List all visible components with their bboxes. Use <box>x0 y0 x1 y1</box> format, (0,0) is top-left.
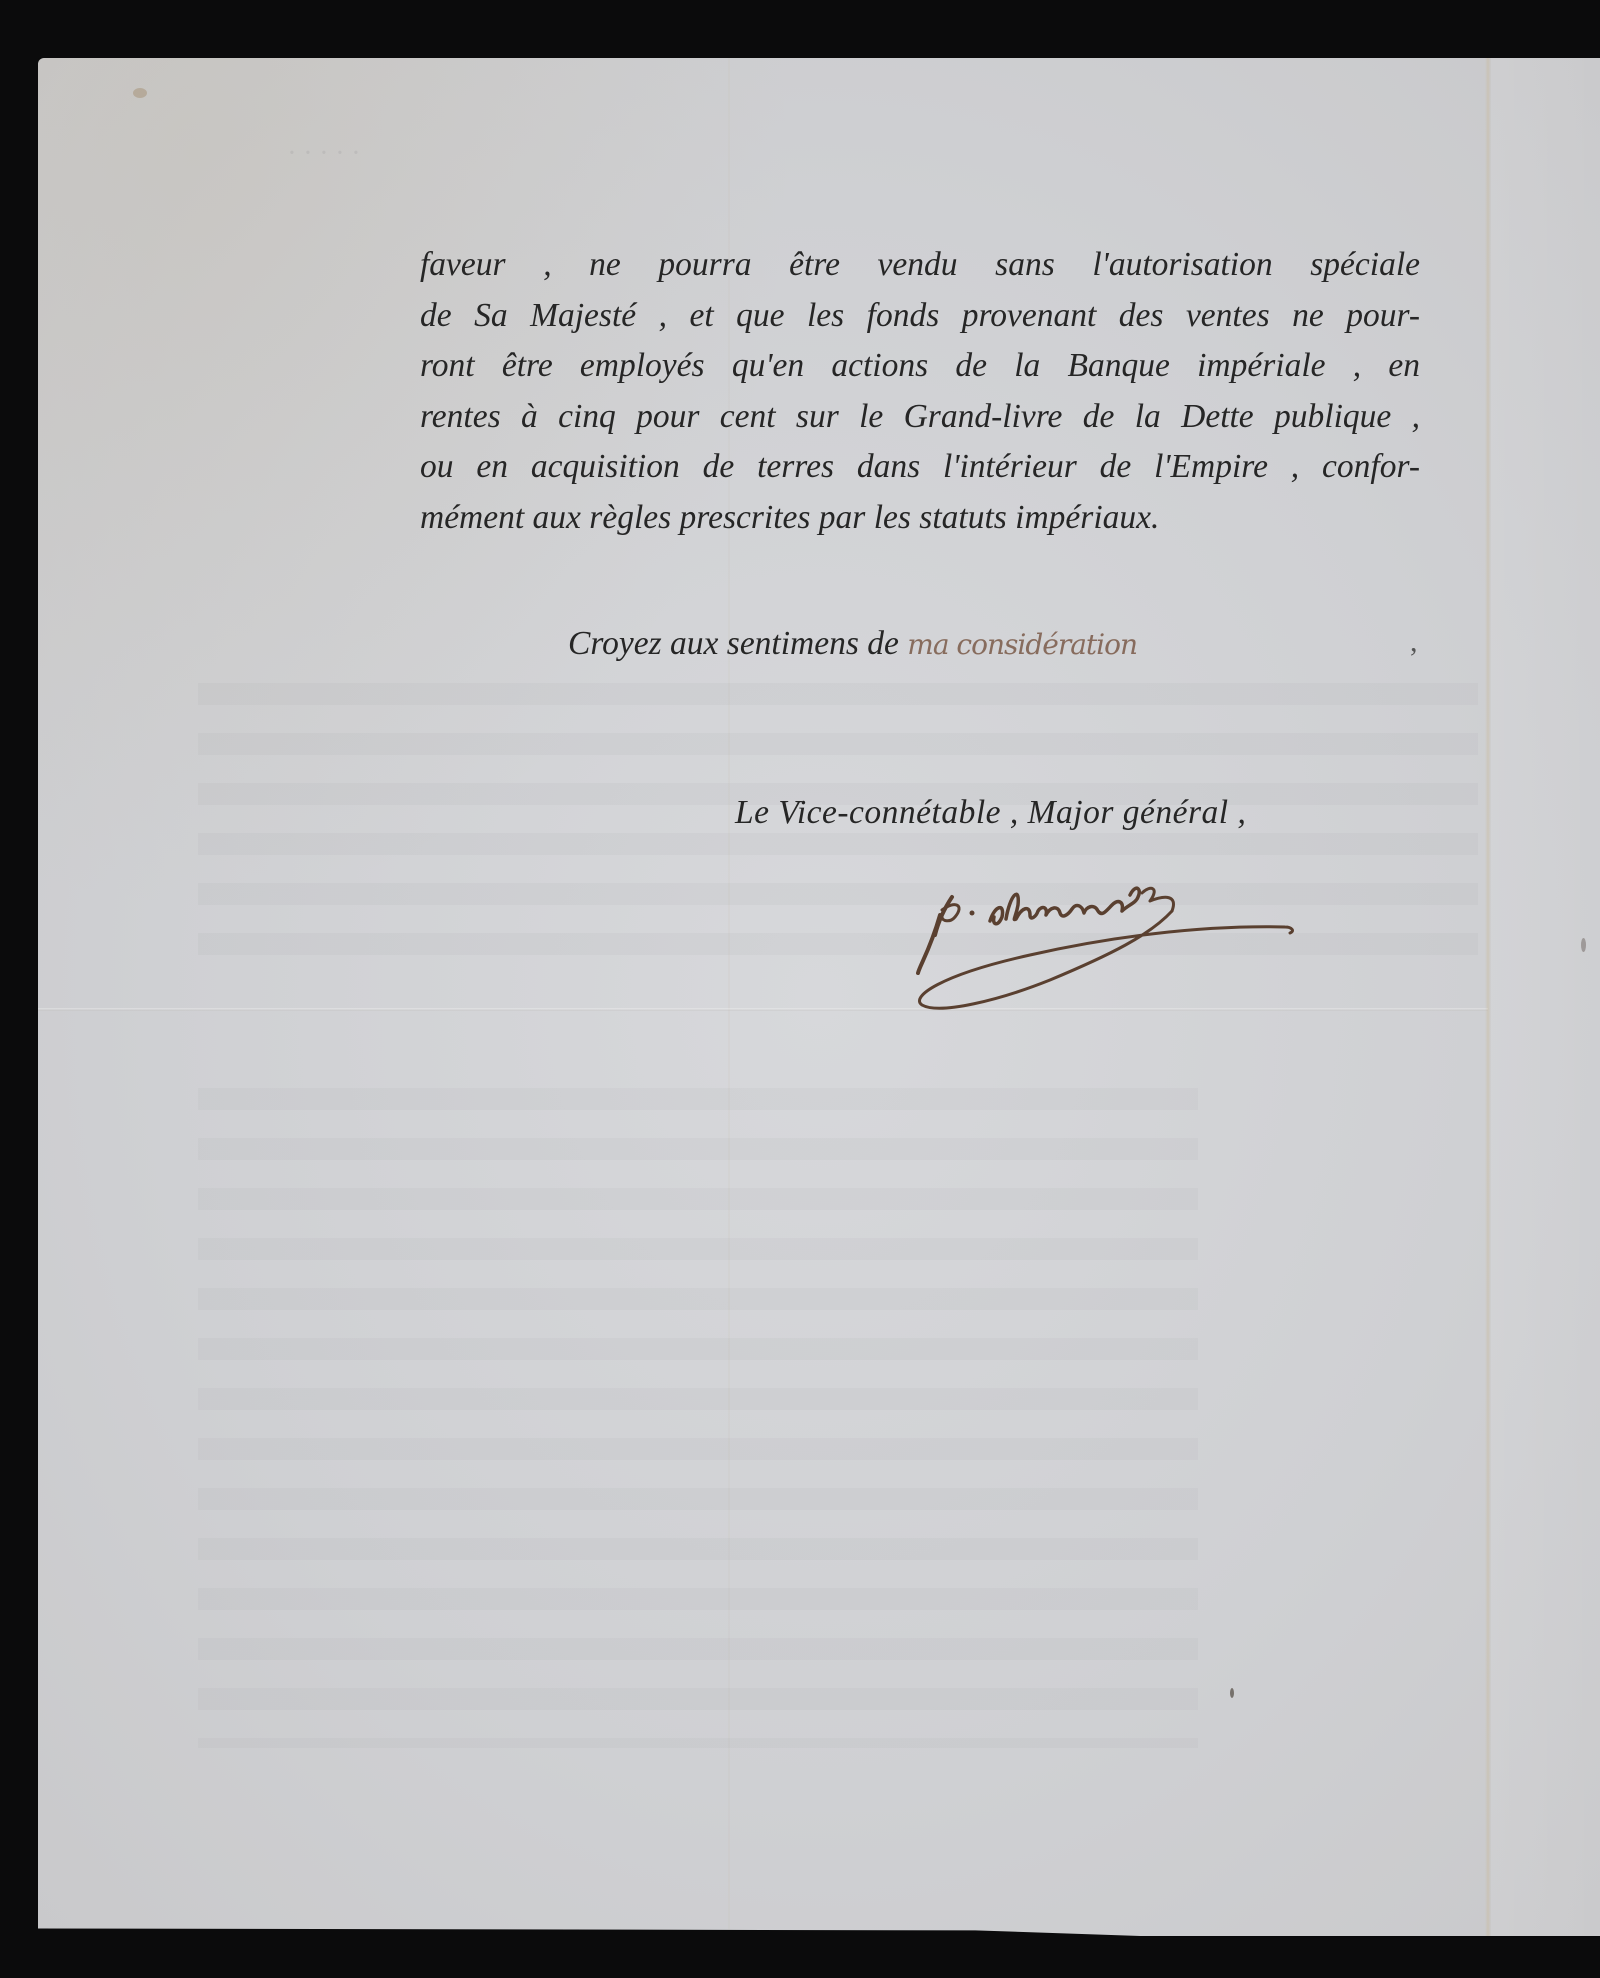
bleed-through-mark: · · · · · <box>288 138 360 170</box>
closing-formula: Croyez aux sentimens de ma considération <box>568 625 1137 663</box>
ink-speck <box>1230 1688 1234 1698</box>
closing-handwritten: ma considération <box>907 628 1137 661</box>
closing-punctuation: , <box>1410 625 1418 659</box>
body-line: faveur , ne pourra être vendu sans l'aut… <box>420 240 1420 291</box>
ink-speck <box>1581 938 1586 952</box>
letter-body: faveur , ne pourra être vendu sans l'aut… <box>420 240 1420 543</box>
signatory-title: Le Vice-connétable , Major général , <box>735 794 1246 832</box>
facing-leaf-edge <box>1491 58 1600 1936</box>
closing-printed: Croyez aux sentimens de <box>568 625 899 662</box>
body-line: rentes à cinq pour cent sur le Grand-liv… <box>420 392 1420 443</box>
body-line: ront être employés qu'en actions de la B… <box>420 341 1420 392</box>
signature <box>880 855 1300 1025</box>
bleed-through-text-area <box>198 1088 1198 1748</box>
foxing-spot <box>133 88 147 98</box>
body-line: ou en acquisition de terres dans l'intér… <box>420 442 1420 493</box>
body-line: de Sa Majesté , et que les fonds provena… <box>420 291 1420 342</box>
body-line: mément aux règles prescrites par les sta… <box>420 493 1420 544</box>
